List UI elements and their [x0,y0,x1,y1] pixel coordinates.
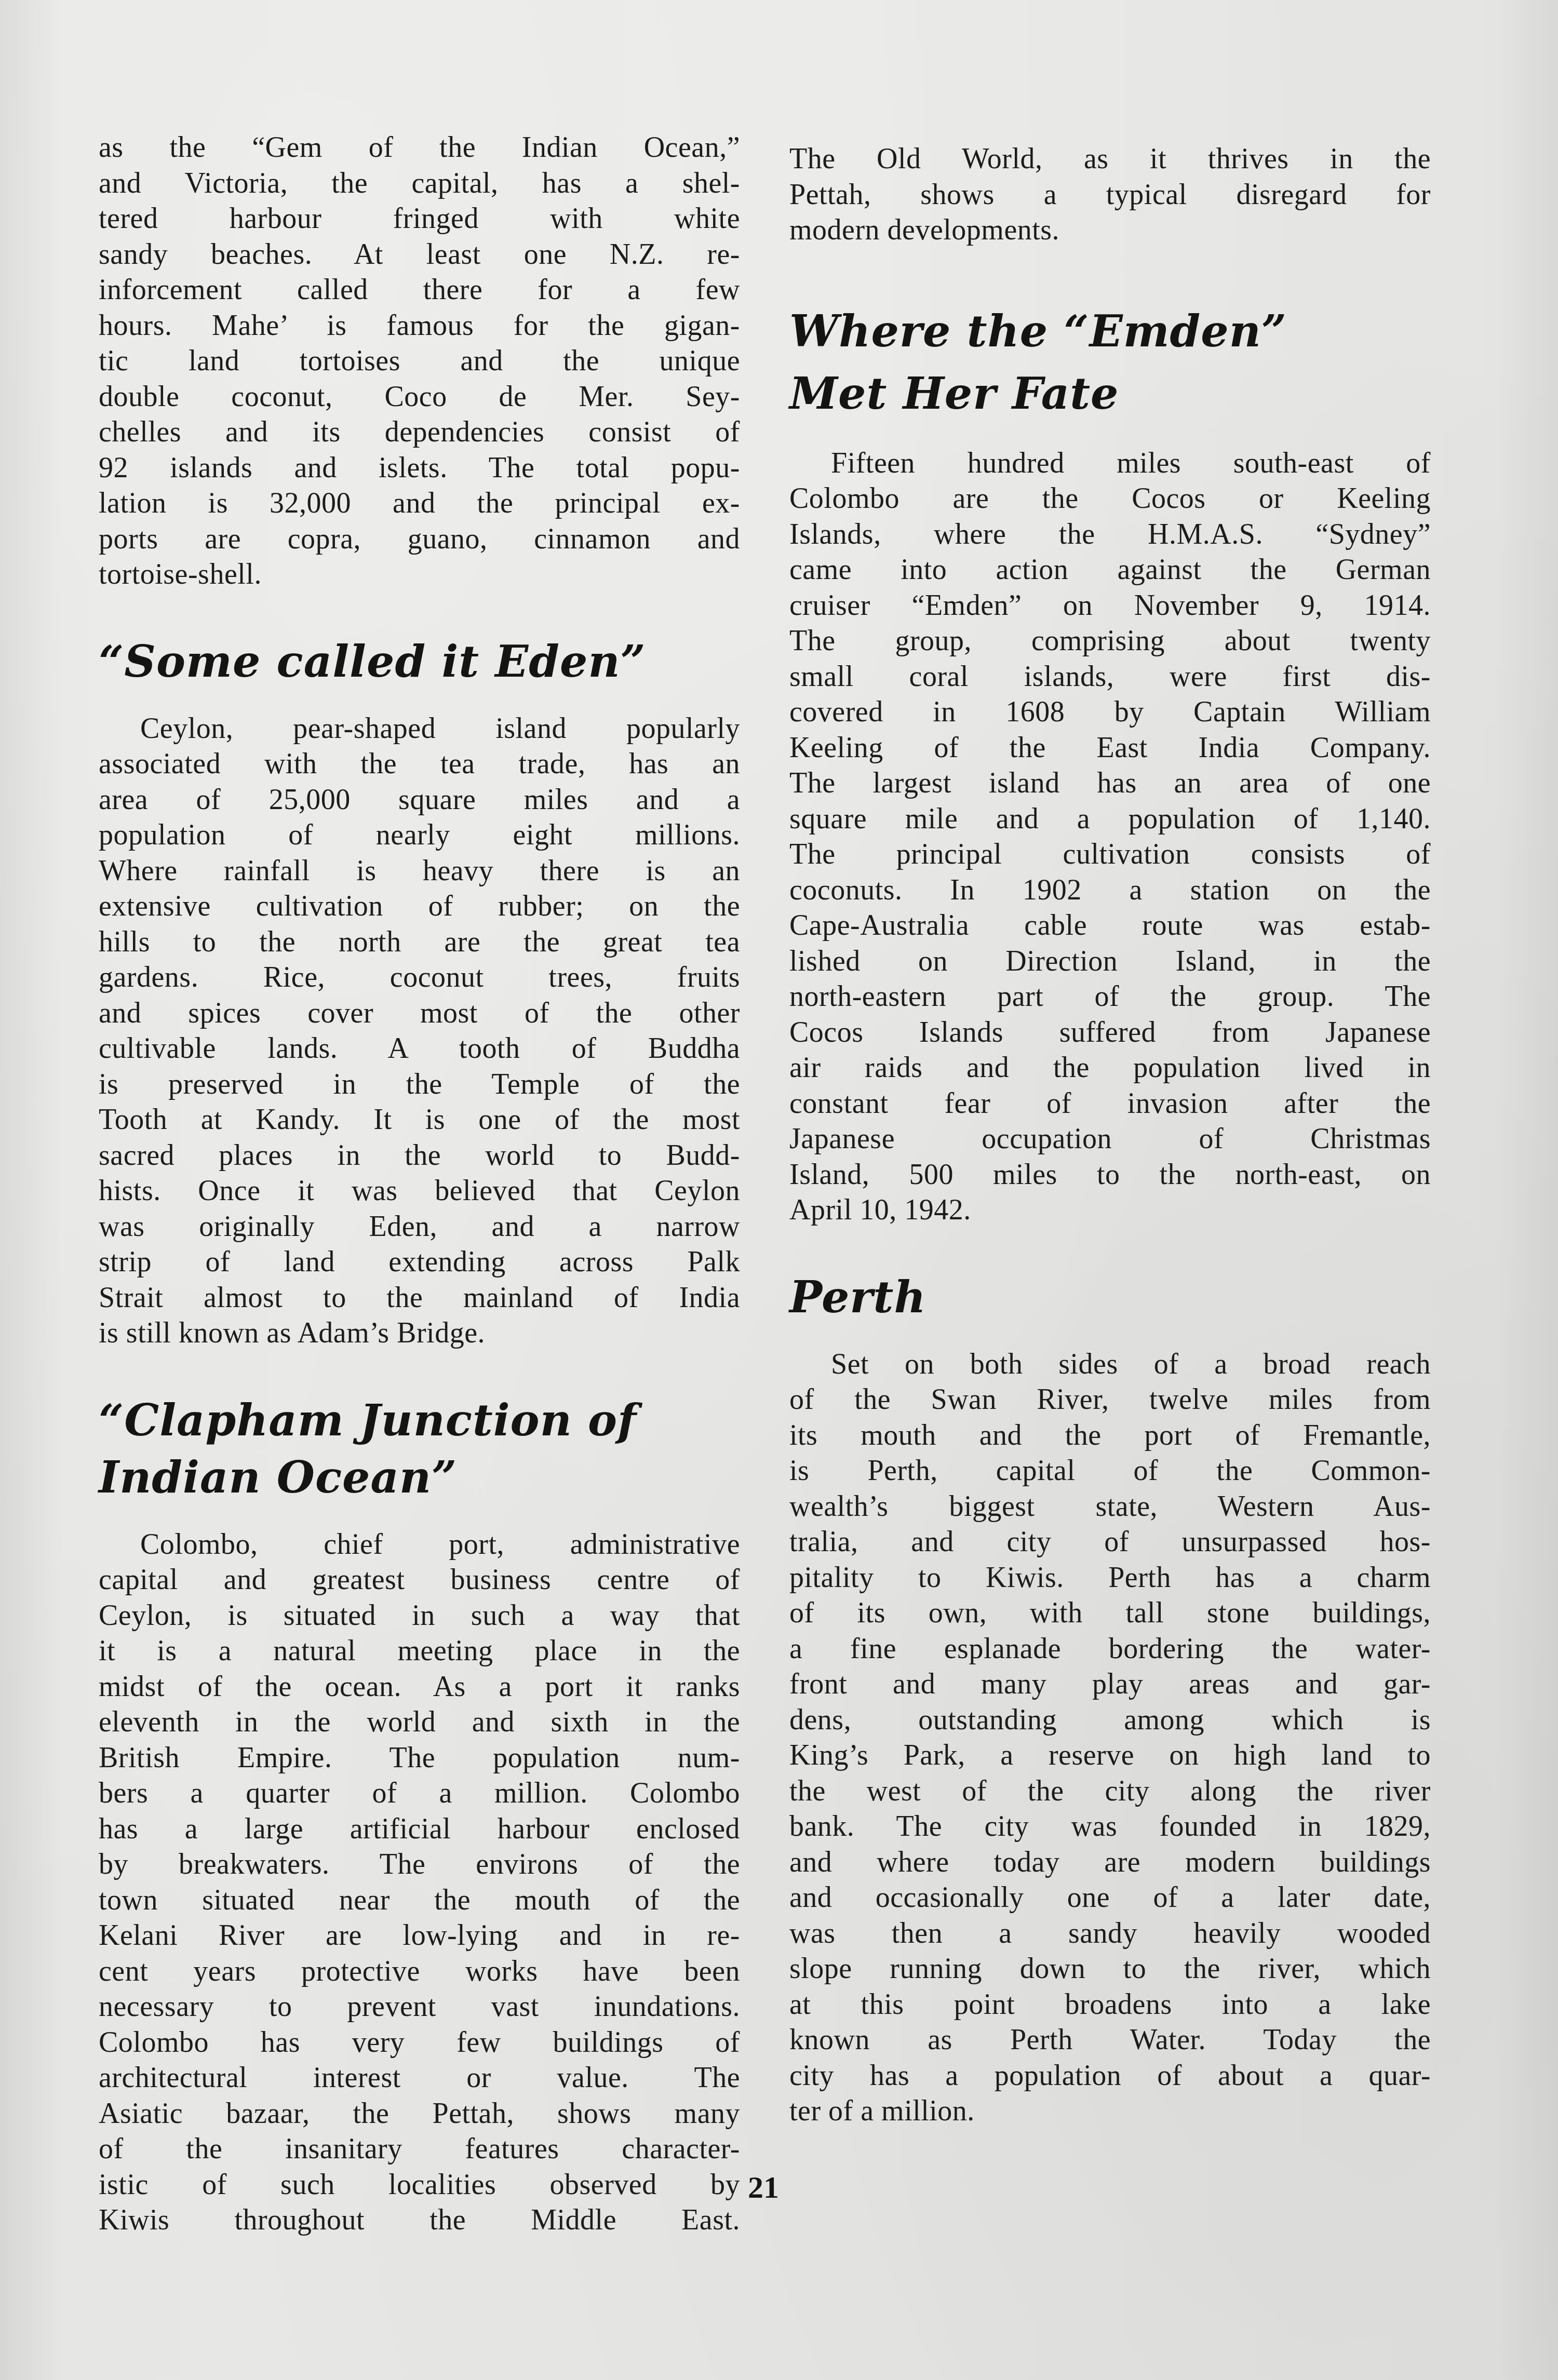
text-line: small coral islands, were first dis- [789,659,1431,695]
text-line: by breakwaters. The environs of the [99,1847,740,1883]
text-line: slope running down to the river, which [789,1951,1431,1987]
spacer [789,425,1431,446]
text-line: British Empire. The population num- [99,1740,740,1776]
heading-line: Where the “Emden” [789,300,1431,362]
text-line: sandy beaches. At least one N.Z. re- [99,237,740,273]
text-line: was then a sandy heavily wooded [789,1916,1431,1952]
text-line: constant fear of invasion after the [789,1086,1431,1122]
text-line: Tooth at Kandy. It is one of the most [99,1102,740,1138]
spacer [99,1506,740,1527]
perth-paragraph: Set on both sides of a broad reach of th… [789,1347,1431,2129]
text-line: The largest island has an area of one [789,765,1431,801]
text-line: hists. Once it was believed that Ceylon [99,1173,740,1209]
heading-line: Perth [789,1269,1431,1326]
text-line: Island, 500 miles to the north-east, on [789,1157,1431,1193]
text-line: dens, outstanding among which is [789,1702,1431,1738]
text-line: Where rainfall is heavy there is an [99,853,740,889]
text-line: gardens. Rice, coconut trees, fruits [99,960,740,996]
heading-where-the-emden: Where the “Emden” Met Her Fate [789,300,1431,425]
text-line: sacred places in the world to Budd- [99,1138,740,1174]
text-line: of its own, with tall stone buildings, [789,1595,1431,1631]
text-line: hills to the north are the great tea [99,924,740,960]
text-line: a fine esplanade bordering the water- [789,1631,1431,1667]
text-line: population of nearly eight millions. [99,817,740,853]
text-line: the west of the city along the river [789,1773,1431,1809]
text-line: King’s Park, a reserve on high land to [789,1738,1431,1773]
text-line: strip of land extending across Palk [99,1244,740,1280]
text-line: and occasionally one of a later date, [789,1880,1431,1916]
text-line: pitality to Kiwis. Perth has a charm [789,1560,1431,1596]
text-line: lished on Direction Island, in the [789,944,1431,979]
text-line: square mile and a population of 1,140. [789,801,1431,837]
text-line: Pettah, shows a typical disregard for [789,177,1431,213]
text-line: ports are copra, guano, cinnamon and [99,521,740,557]
text-line: came into action against the German [789,552,1431,588]
spacer [789,1228,1431,1269]
text-line: Colombo has very few buildings of [99,2025,740,2061]
text-line: and spices cover most of the other [99,996,740,1031]
text-line: area of 25,000 square miles and a [99,782,740,818]
page-background: as the “Gem of the Indian Ocean,” and Vi… [0,0,1558,2380]
old-world-paragraph: The Old World, as it thrives in the Pett… [789,141,1431,248]
text-line: Islands, where the H.M.A.S. “Sydney” [789,517,1431,553]
text-line: capital and greatest business centre of [99,1562,740,1598]
text-line: known as Perth Water. Today the [789,2022,1431,2058]
text-line: air raids and the population lived in [789,1050,1431,1086]
text-line: front and many play areas and gar- [789,1666,1431,1702]
text-line: The group, comprising about twenty [789,623,1431,659]
heading-line: Indian Ocean” [99,1449,740,1506]
text-line: town situated near the mouth of the [99,1883,740,1918]
text-line: has a large artificial harbour enclosed [99,1811,740,1847]
text-line: city has a population of about a quar- [789,2058,1431,2094]
heading-line: “Some called it Eden” [99,633,740,690]
text-line: ter of a million. [789,2093,1431,2129]
text-line: bers a quarter of a million. Colombo [99,1776,740,1811]
text-line: cultivable lands. A tooth of Buddha [99,1031,740,1067]
text-line: tralia, and city of unsurpassed hos- [789,1524,1431,1560]
text-line: Ceylon, pear-shaped island popularly [99,711,740,747]
text-line: Colombo, chief port, administrative [99,1527,740,1563]
text-line: 92 islands and islets. The total popu- [99,450,740,486]
text-line: necessary to prevent vast inundations. [99,1989,740,2025]
seychelles-paragraph: as the “Gem of the Indian Ocean,” and Vi… [99,130,740,593]
text-line: architectural interest or value. The [99,2060,740,2096]
text-line: covered in 1608 by Captain William [789,694,1431,730]
text-line: bank. The city was founded in 1829, [789,1809,1431,1845]
colombo-paragraph: Colombo, chief port, administrative capi… [99,1527,740,2238]
text-line: north-eastern part of the group. The [789,979,1431,1015]
text-line: hours. Mahe’ is famous for the gigan- [99,308,740,344]
page-number: 21 [748,2170,779,2206]
text-line: coconuts. In 1902 a station on the [789,872,1431,908]
heading-clapham-junction: “Clapham Junction of Indian Ocean” [99,1392,740,1506]
text-line: tic land tortoises and the unique [99,343,740,379]
text-line: of the insanitary features character- [99,2131,740,2167]
text-line: wealth’s biggest state, Western Aus- [789,1489,1431,1525]
ceylon-paragraph: Ceylon, pear-shaped island popularly ass… [99,711,740,1351]
text-line: its mouth and the port of Fremantle, [789,1418,1431,1454]
text-line: at this point broadens into a lake [789,1987,1431,2023]
spacer [789,248,1431,300]
heading-perth: Perth [789,1269,1431,1326]
heading-line: “Clapham Junction of [99,1392,740,1449]
heading-line: Met Her Fate [789,362,1431,425]
text-line: Japanese occupation of Christmas [789,1121,1431,1157]
text-line: double coconut, Coco de Mer. Sey- [99,379,740,415]
text-line: midst of the ocean. As a port it ranks [99,1669,740,1705]
text-line: Cape-Australia cable route was estab- [789,908,1431,944]
text-line: April 10, 1942. [789,1192,1431,1228]
text-line: was originally Eden, and a narrow [99,1209,740,1245]
spacer [99,690,740,711]
text-line: of the Swan River, twelve miles from [789,1382,1431,1418]
text-line: Set on both sides of a broad reach [789,1347,1431,1382]
text-line: is preserved in the Temple of the [99,1067,740,1102]
text-line: cent years protective works have been [99,1954,740,1989]
text-line: tered harbour fringed with white [99,201,740,237]
text-line: extensive cultivation of rubber; on the [99,889,740,924]
spacer [99,1351,740,1392]
right-column: The Old World, as it thrives in the Pett… [789,141,1431,2129]
text-line: inforcement called there for a few [99,272,740,308]
text-line: Kelani River are low-lying and in re- [99,1918,740,1954]
text-line: associated with the tea trade, has an [99,746,740,782]
text-line: Kiwis throughout the Middle East. [99,2202,740,2238]
text-line: and where today are modern buildings [789,1845,1431,1880]
text-line: chelles and its dependencies consist of [99,414,740,450]
text-line: cruiser “Emden” on November 9, 1914. [789,588,1431,624]
heading-some-called-it-eden: “Some called it Eden” [99,633,740,690]
text-line: is still known as Adam’s Bridge. [99,1315,740,1351]
spacer [789,1326,1431,1347]
cocos-paragraph: Fifteen hundred miles south-east of Colo… [789,446,1431,1228]
text-line: Asiatic bazaar, the Pettah, shows many [99,2096,740,2132]
text-line: Cocos Islands suffered from Japanese [789,1015,1431,1051]
text-line: is Perth, capital of the Common- [789,1453,1431,1489]
text-line: Keeling of the East India Company. [789,730,1431,766]
text-line: it is a natural meeting place in the [99,1633,740,1669]
text-line: and Victoria, the capital, has a shel- [99,166,740,201]
text-line: Fifteen hundred miles south-east of [789,446,1431,481]
text-line: as the “Gem of the Indian Ocean,” [99,130,740,166]
left-column: as the “Gem of the Indian Ocean,” and Vi… [99,130,740,2238]
text-line: tortoise-shell. [99,557,740,593]
text-line: istic of such localities observed by [99,2167,740,2203]
text-line: Colombo are the Cocos or Keeling [789,481,1431,517]
text-line: The Old World, as it thrives in the [789,141,1431,177]
text-line: Ceylon, is situated in such a way that [99,1598,740,1634]
text-line: The principal cultivation consists of [789,837,1431,872]
text-line: Strait almost to the mainland of India [99,1280,740,1316]
text-line: modern developments. [789,212,1431,248]
spacer [99,593,740,633]
text-line: eleventh in the world and sixth in the [99,1704,740,1740]
text-line: lation is 32,000 and the principal ex- [99,486,740,521]
